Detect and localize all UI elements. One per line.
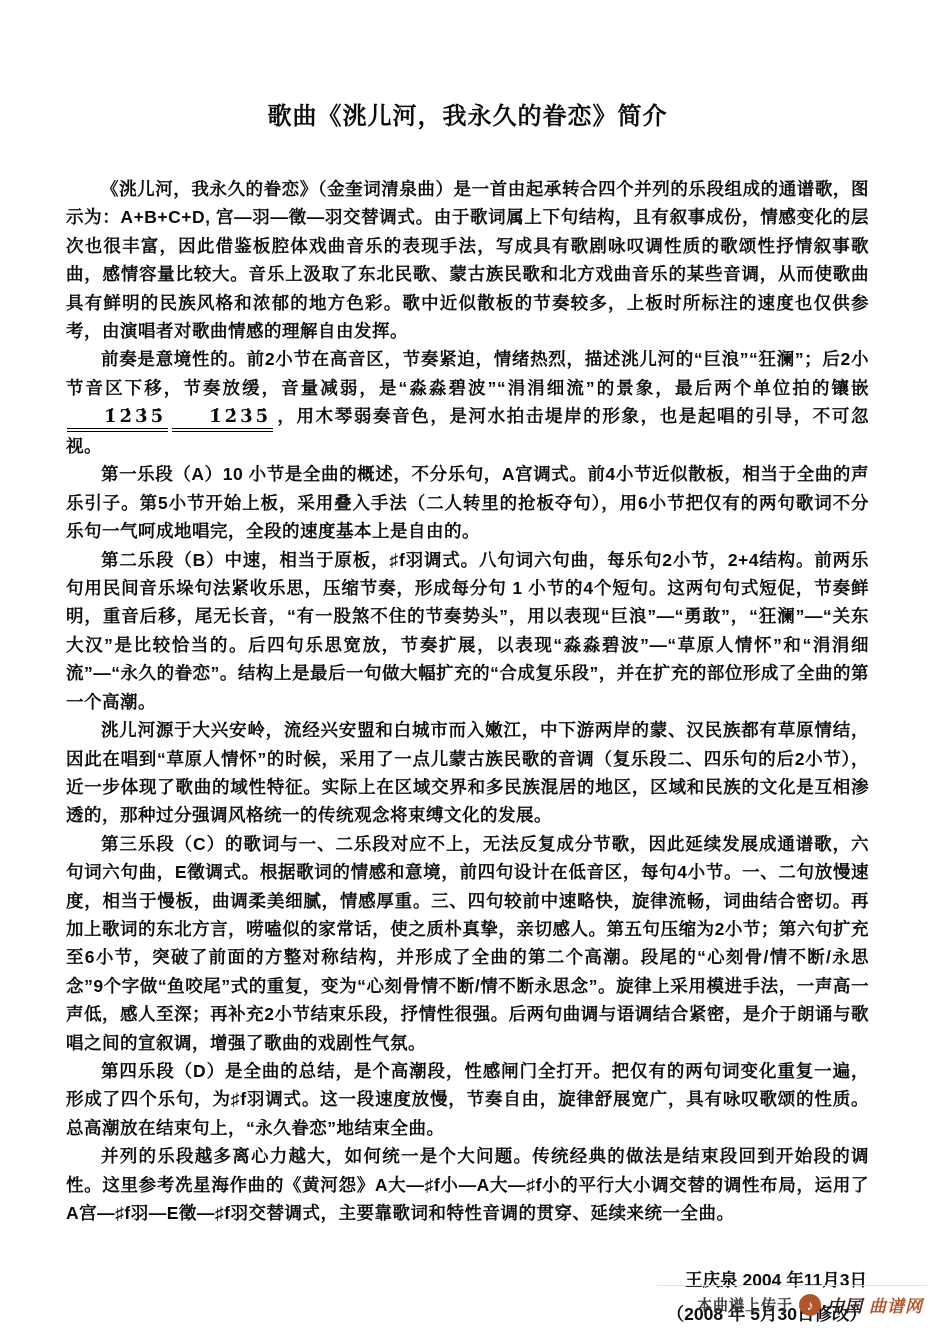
document-page: 歌曲《洮儿河，我永久的眷恋》简介 《洮儿河，我永久的眷恋》（金奎词清泉曲）是一首… [0, 0, 935, 1329]
document-body: 《洮儿河，我永久的眷恋》（金奎词清泉曲）是一首由起承转合四个并列的乐段组成的通谱… [66, 175, 869, 1227]
paragraph-section-d: 第四乐段（D）是全曲的总结，是个高潮段，性感闸门全打开。把仅有的两句词变化重复一… [66, 1057, 869, 1142]
paragraph-overview: 《洮儿河，我永久的眷恋》（金奎词清泉曲）是一首由起承转合四个并列的乐段组成的通谱… [66, 175, 869, 345]
paragraph-tonality: 并列的乐段越多离心力越大，如何统一是个大问题。传统经典的做法是结束段回到开始段的… [66, 1142, 869, 1227]
paragraph-section-c: 第三乐段（C）的歌词与一、二乐段对应不上，无法反复成分节歌，因此延续发展成通谱歌… [66, 830, 869, 1057]
site-watermark: 本曲谱上传于 ♪ 中国曲谱网 [657, 1285, 927, 1321]
site-logo-icon: ♪ [799, 1294, 821, 1316]
jianpu-notation-group-2: 1̇2̇3̇5̇ [172, 407, 273, 432]
paragraph-section-b: 第二乐段（B）中速，相当于原板，♯f羽调式。八句词六句曲，每乐句2小节，2+4结… [66, 546, 869, 716]
site-name-prefix: 中国 [827, 1292, 863, 1317]
paragraph-river-background: 洮儿河源于大兴安岭，流经兴安盟和白城市而入嫩江，中下游两岸的蒙、汉民族都有草原情… [66, 716, 869, 830]
jianpu-notation-group-1: 1̇2̇3̇5̇ [67, 407, 168, 432]
site-name-suffix: 曲谱网 [869, 1292, 923, 1317]
paragraph-section-a: 第一乐段（A）10 小节是全曲的概述，不分乐句，A宫调式。前4小节近似散板，相当… [66, 460, 869, 545]
page-title: 歌曲《洮儿河，我永久的眷恋》简介 [66, 96, 869, 131]
paragraph-prelude: 前奏是意境性的。前2小节在高音区，节奏紧迫，情绪热烈，描述洮儿河的“巨浪”“狂澜… [66, 345, 869, 460]
upload-note-label: 本曲谱上传于 [697, 1294, 793, 1315]
paragraph-prelude-text-before: 前奏是意境性的。前2小节在高音区，节奏紧迫，情绪热烈，描述洮儿河的“巨浪”“狂澜… [66, 349, 869, 397]
music-note-icon: ♪ [807, 1298, 814, 1312]
